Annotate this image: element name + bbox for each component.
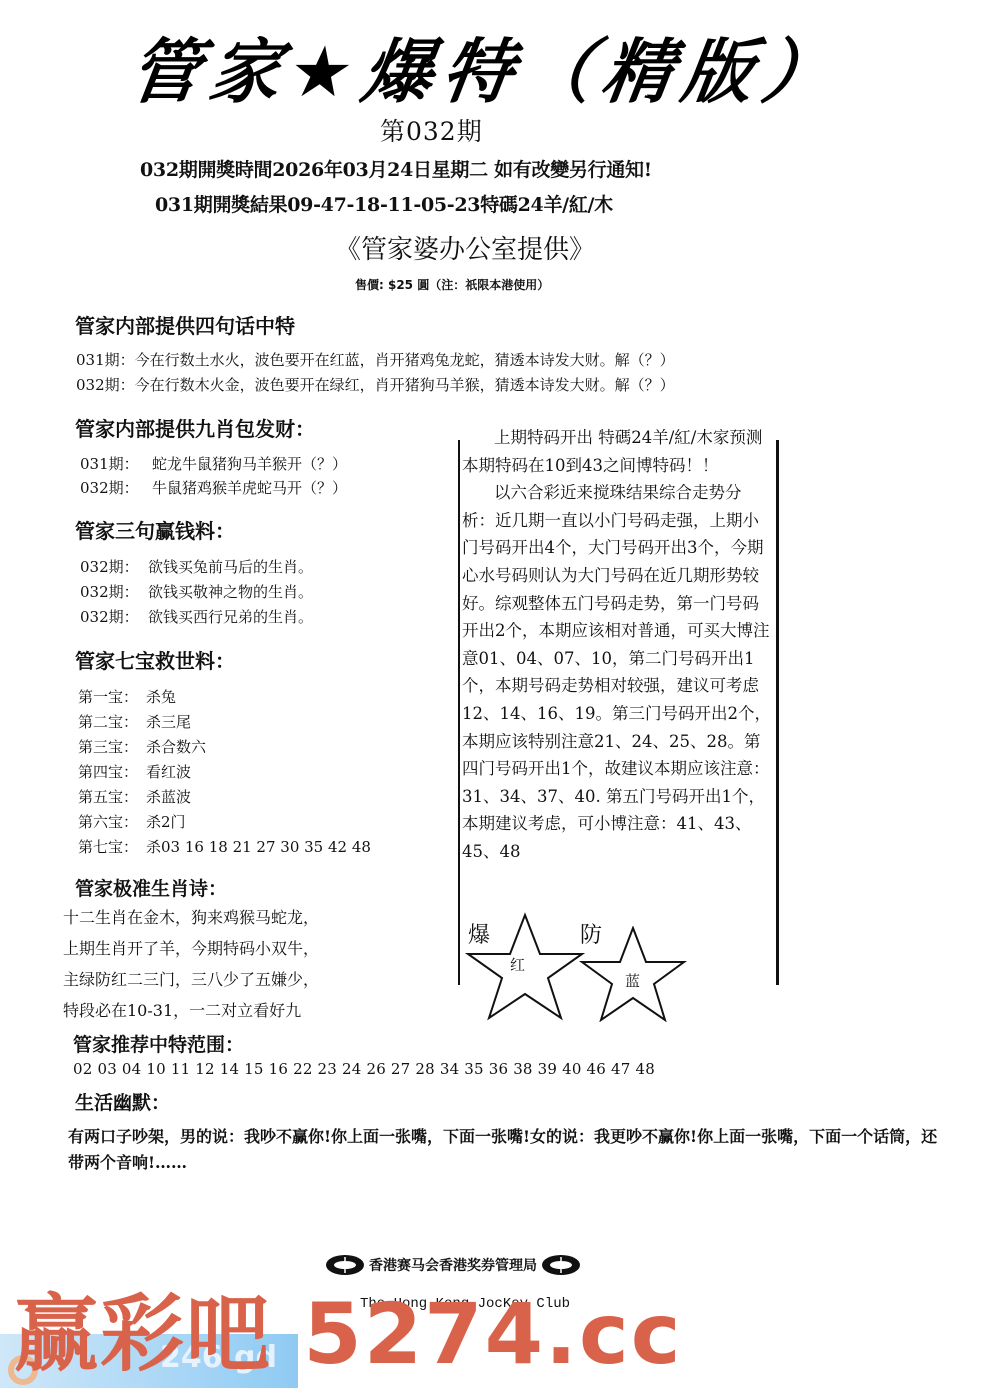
row-text: 牛鼠猪鸡猴羊虎蛇马开（？） xyxy=(152,479,347,497)
poem-line: 特段必在10-31，一二对立看好九 xyxy=(63,995,319,1026)
row-label: 第七宝： xyxy=(78,835,146,860)
section-heading-poem: 管家极准生肖诗： xyxy=(75,874,227,901)
three-sentences-list: 032期：欲钱买兔前马后的生肖。 032期：欲钱买敬神之物的生肖。 032期：欲… xyxy=(80,555,313,630)
section-heading-four-sentences: 管家内部提供四句话中特 xyxy=(75,310,295,339)
analysis-box-left-border xyxy=(458,440,460,985)
row-text: 杀蓝波 xyxy=(146,788,191,806)
recommended-numbers: 02 03 04 10 11 12 14 15 16 22 23 24 26 2… xyxy=(73,1060,655,1078)
list-item: 031期：今在行数土水火，波色要开在红蓝，肖开猪鸡兔龙蛇，猜透本诗发大财。解（？… xyxy=(76,348,675,373)
row-text: 蛇龙牛鼠猪狗马羊猴开（？） xyxy=(152,455,347,473)
row-label: 第三宝： xyxy=(78,735,146,760)
row-text: 欲钱买西行兄弟的生肖。 xyxy=(148,608,313,626)
row-label: 032期： xyxy=(80,476,152,500)
star-indicator: 爆 红 防 蓝 xyxy=(460,912,720,1022)
issue-number: 第032期 xyxy=(380,112,483,148)
humor-text: 有两口子吵架，男的说：我吵不赢你!你上面一张嘴，下面一张嘴!女的说：我更吵不赢你… xyxy=(68,1124,948,1176)
seven-treasures-list: 第一宝：杀兔 第二宝：杀三尾 第三宝：杀合数六 第四宝：看红波 第五宝：杀蓝波 … xyxy=(78,685,371,860)
row-text: 看红波 xyxy=(146,763,191,781)
list-item: 第一宝：杀兔 xyxy=(78,685,371,710)
list-item: 第四宝：看红波 xyxy=(78,760,371,785)
row-label: 032期： xyxy=(80,605,148,630)
bao-color: 红 xyxy=(510,954,525,975)
analysis-paragraph-2: 以六合彩近来搅珠结果综合走势分析：近几期一直以小门号码走强，上期小门号码开出4个… xyxy=(462,479,772,865)
jockey-club-logo-icon xyxy=(541,1254,581,1276)
footer-org-cn: 香港赛马会香港奖券管理局 xyxy=(369,1255,537,1275)
fang-color: 蓝 xyxy=(625,970,640,991)
row-text: 杀兔 xyxy=(146,688,176,706)
row-label: 第六宝： xyxy=(78,810,146,835)
list-item: 第二宝：杀三尾 xyxy=(78,710,371,735)
section-heading-nine-zodiac: 管家内部提供九肖包发财： xyxy=(75,413,315,442)
row-label: 第四宝： xyxy=(78,760,146,785)
list-item: 032期：欲钱买兔前马后的生肖。 xyxy=(80,555,313,580)
row-label: 031期： xyxy=(80,452,152,476)
list-item: 第六宝：杀2门 xyxy=(78,810,371,835)
row-text: 杀合数六 xyxy=(146,738,206,756)
row-text: 欲钱买兔前马后的生肖。 xyxy=(148,558,313,576)
row-label: 032期： xyxy=(76,376,135,394)
list-item: 032期：牛鼠猪鸡猴羊虎蛇马开（？） xyxy=(80,476,347,500)
list-item: 第三宝：杀合数六 xyxy=(78,735,371,760)
row-label: 032期： xyxy=(80,555,148,580)
row-label: 第二宝： xyxy=(78,710,146,735)
analysis-text: 上期特码开出 特碼24羊/紅/木家预测本期特码在10到43之间博特码！！ 以六合… xyxy=(462,424,772,866)
jockey-club-logo-icon xyxy=(325,1254,365,1276)
list-item: 032期：欲钱买敬神之物的生肖。 xyxy=(80,580,313,605)
poem-line: 主绿防红二三门，三八少了五嫌少， xyxy=(63,964,319,995)
row-text: 杀03 16 18 21 27 30 35 42 48 xyxy=(146,838,371,856)
draw-time-notice: 032期開獎時間2026年03月24日星期二 如有改變另行通知! xyxy=(140,155,652,182)
document-title: 管家★爆特（精版） xyxy=(123,22,857,122)
four-sentences-list: 031期：今在行数土水火，波色要开在红蓝，肖开猪鸡兔龙蛇，猜透本诗发大财。解（？… xyxy=(76,348,675,398)
poem-lines: 十二生肖在金木，狗来鸡猴马蛇龙， 上期生肖开了羊，今期特码小双牛， 主绿防红二三… xyxy=(63,902,319,1026)
list-item: 第七宝：杀03 16 18 21 27 30 35 42 48 xyxy=(78,835,371,860)
section-heading-range: 管家推荐中特范围： xyxy=(73,1030,244,1057)
row-label: 031期： xyxy=(76,351,135,369)
watermark-main: 赢彩吧 5274.cc xyxy=(14,1284,683,1384)
provider-line: 《管家婆办公室提供》 xyxy=(335,229,595,266)
section-heading-humor: 生活幽默： xyxy=(75,1088,170,1115)
analysis-box-right-border xyxy=(776,440,779,985)
poem-line: 上期生肖开了羊，今期特码小双牛， xyxy=(63,933,319,964)
analysis-paragraph-1: 上期特码开出 特碼24羊/紅/木家预测本期特码在10到43之间博特码！！ xyxy=(462,424,772,479)
section-heading-seven-treasures: 管家七宝救世料： xyxy=(75,645,235,674)
row-text: 杀2门 xyxy=(146,813,186,831)
list-item: 032期：欲钱买西行兄弟的生肖。 xyxy=(80,605,313,630)
last-draw-result: 031期開獎結果09-47-18-11-05-23特碼24羊/紅/木 xyxy=(155,190,613,217)
poem-line: 十二生肖在金木，狗来鸡猴马蛇龙， xyxy=(63,902,319,933)
row-label: 032期： xyxy=(80,580,148,605)
list-item: 031期：蛇龙牛鼠猪狗马羊猴开（？） xyxy=(80,452,347,476)
row-label: 第五宝： xyxy=(78,785,146,810)
nine-zodiac-list: 031期：蛇龙牛鼠猪狗马羊猴开（？） 032期：牛鼠猪鸡猴羊虎蛇马开（？） xyxy=(80,452,347,500)
row-text: 欲钱买敬神之物的生肖。 xyxy=(148,583,313,601)
section-heading-three-sentences: 管家三句赢钱料： xyxy=(75,515,235,544)
row-label: 第一宝： xyxy=(78,685,146,710)
footer-organization: 香港赛马会香港奖券管理局 xyxy=(325,1254,581,1276)
row-text: 今在行数土水火，波色要开在红蓝，肖开猪鸡兔龙蛇，猜透本诗发大财。解（？） xyxy=(135,351,675,369)
row-text: 杀三尾 xyxy=(146,713,191,731)
list-item: 032期：今在行数木火金，波色要开在绿红，肖开猪狗马羊猴，猜透本诗发大财。解（？… xyxy=(76,373,675,398)
price-line: 售價: $25 圓（注：祇限本港使用） xyxy=(355,276,549,293)
list-item: 第五宝：杀蓝波 xyxy=(78,785,371,810)
row-text: 今在行数木火金，波色要开在绿红，肖开猪狗马羊猴，猜透本诗发大财。解（？） xyxy=(135,376,675,394)
